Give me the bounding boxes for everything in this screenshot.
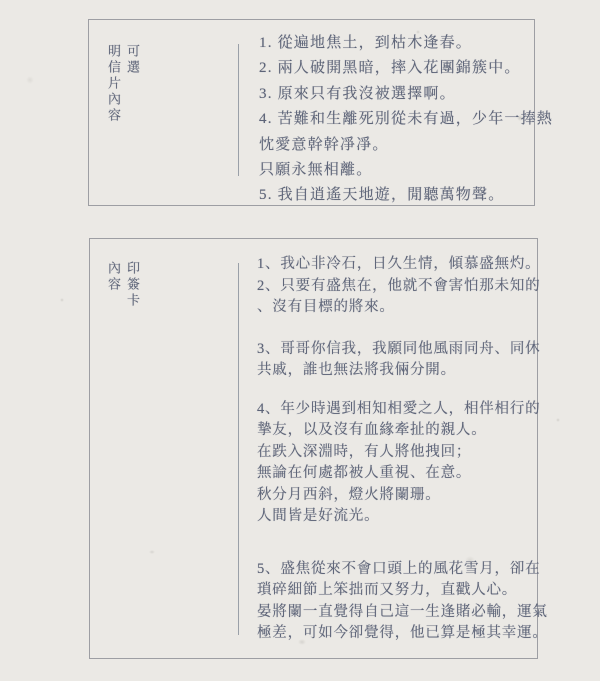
signcard-text-block: 1、我心非冷石，日久生情，傾慕盛無灼。 2、只要有盛焦在，他就不會害怕那未知的 … xyxy=(257,254,548,645)
signcard-line: 4、年少時遇到相知相愛之人，相伴相行的 xyxy=(257,399,548,421)
signcard-line: 共戚，誰也無法將我倆分開。 xyxy=(257,360,548,382)
postcard-text-block: 1. 從遍地焦土，到枯木逢春。 2. 兩人破開黑暗，摔入花團錦簇中。 3. 原來… xyxy=(259,31,553,209)
signcard-line: 1、我心非冷石，日久生情，傾慕盛無灼。 xyxy=(257,254,548,276)
signcard-label-col-right: 印簽卡 xyxy=(123,261,142,309)
postcard-content-box: 可選 明信片內容 1. 從遍地焦土，到枯木逢春。 2. 兩人破開黑暗，摔入花團錦… xyxy=(88,19,535,206)
signcard-line: 摯友，以及沒有血緣牽扯的親人。 xyxy=(257,420,548,442)
signcard-line: 無論在何處都被人重視、在意。 xyxy=(257,463,548,485)
signcard-line: 秋分月西斜，燈火將闌珊。 xyxy=(257,485,548,507)
spacer xyxy=(257,319,548,339)
signcard-divider-line xyxy=(238,263,239,635)
postcard-line: 3. 原來只有我沒被選擇啊。 xyxy=(259,82,553,107)
signcard-line: 人間皆是好流光。 xyxy=(257,506,548,528)
signcard-line: 3、哥哥你信我，我願同他風雨同舟、同休 xyxy=(257,339,548,361)
signcard-vertical-label: 印簽卡 內容 xyxy=(104,261,142,309)
postcard-line: 2. 兩人破開黑暗，摔入花團錦簇中。 xyxy=(259,56,553,81)
signcard-line: 極差，可如今卻覺得，他已算是極其幸運。 xyxy=(257,623,548,645)
postcard-line: 忱愛意幹幹凈凈。 xyxy=(259,133,553,158)
postcard-line: 只願永無相離。 xyxy=(259,158,553,183)
scanned-document-page: { "theme": { "paper_color": "#ebe9e5", "… xyxy=(0,0,600,681)
postcard-line: 5. 我自逍遙天地遊，閒聽萬物聲。 xyxy=(259,183,553,208)
postcard-label-col-left: 明信片內容 xyxy=(104,44,123,124)
postcard-line: 4. 苦難和生離死別從未有過，少年一捧熱 xyxy=(259,107,553,132)
signcard-line: 、沒有目標的將來。 xyxy=(257,297,548,319)
postcard-vertical-label: 可選 明信片內容 xyxy=(104,44,142,124)
signcard-label-col-left: 內容 xyxy=(104,261,123,309)
signcard-line: 2、只要有盛焦在，他就不會害怕那未知的 xyxy=(257,276,548,298)
spacer xyxy=(257,382,548,399)
signcard-line: 在跌入深淵時，有人將他拽回； xyxy=(257,442,548,464)
signcard-line: 瑣碎細節上笨拙而又努力，直戳人心。 xyxy=(257,580,548,602)
signcard-line: 5、盛焦從來不會口頭上的風花雪月，卻在 xyxy=(257,559,548,581)
postcard-divider-line xyxy=(238,44,239,176)
postcard-label-col-right: 可選 xyxy=(123,44,142,124)
signcard-line: 晏將闌一直覺得自己這一生逢賭必輸，運氣 xyxy=(257,602,548,624)
postcard-line: 1. 從遍地焦土，到枯木逢春。 xyxy=(259,31,553,56)
spacer xyxy=(257,528,548,559)
signcard-content-box: 印簽卡 內容 1、我心非冷石，日久生情，傾慕盛無灼。 2、只要有盛焦在，他就不會… xyxy=(89,238,538,659)
